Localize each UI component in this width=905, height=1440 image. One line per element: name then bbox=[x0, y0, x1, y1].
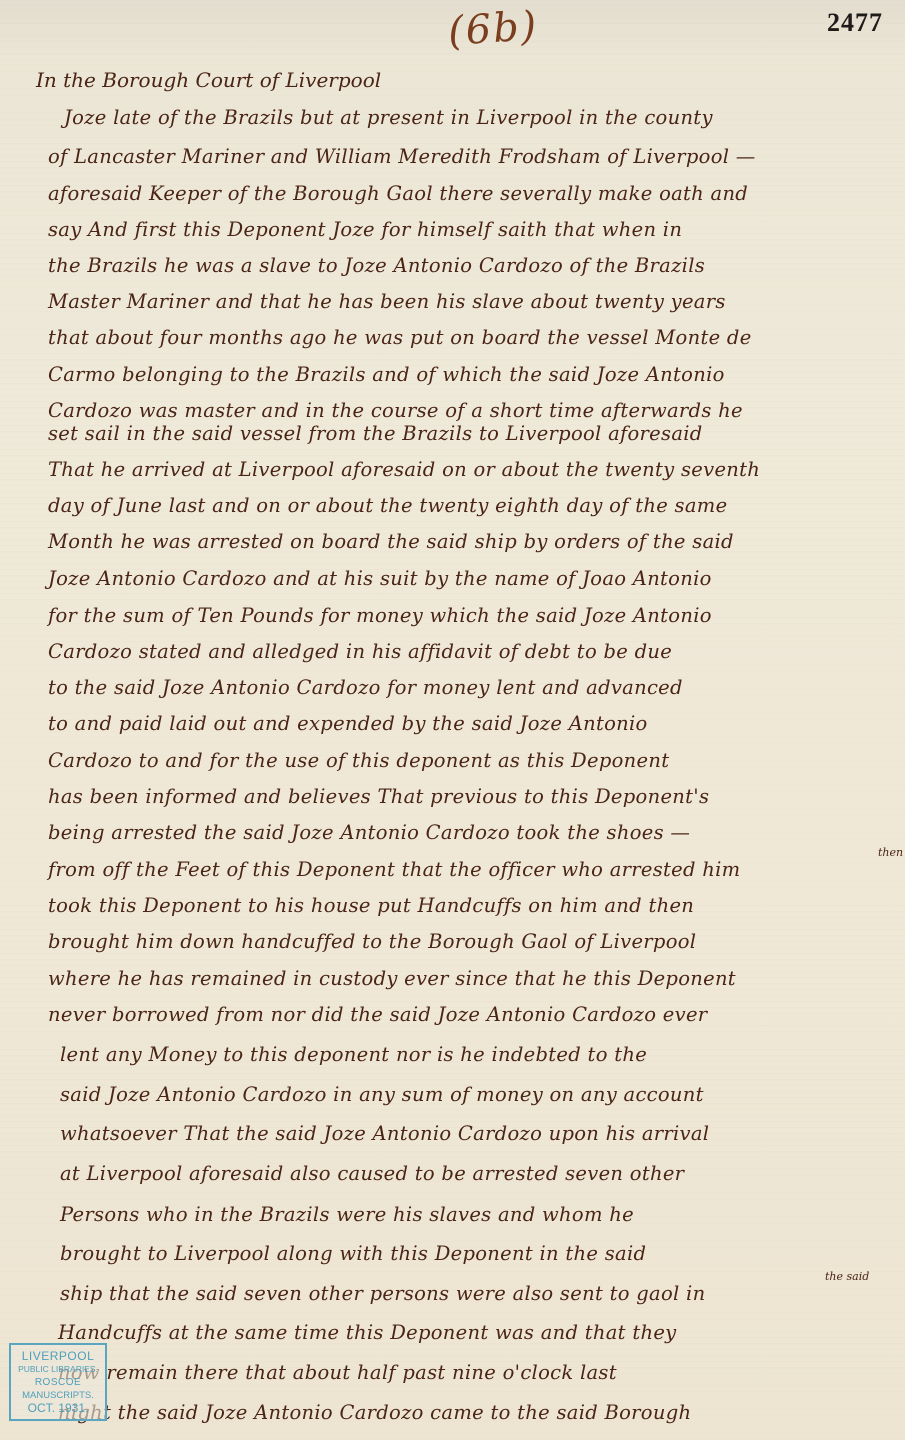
stamp-line: OCT. 1931. bbox=[11, 1402, 105, 1415]
manuscript-line: say And first this Deponent Joze for him… bbox=[48, 218, 891, 241]
manuscript-line: brought to Liverpool along with this Dep… bbox=[60, 1242, 891, 1265]
manuscript-line: Carmo belonging to the Brazils and of wh… bbox=[48, 363, 891, 386]
manuscript-line: Month he was arrested on board the said … bbox=[48, 530, 891, 553]
interlinear-note: then bbox=[878, 846, 903, 859]
reference-number: 2477 bbox=[827, 8, 883, 38]
manuscript-line: the Brazils he was a slave to Joze Anton… bbox=[48, 254, 891, 277]
manuscript-line: being arrested the said Joze Antonio Car… bbox=[48, 821, 891, 844]
manuscript-line: Joze Antonio Cardozo and at his suit by … bbox=[48, 567, 891, 590]
manuscript-line: Handcuffs at the same time this Deponent… bbox=[58, 1321, 891, 1344]
manuscript-line: set sail in the said vessel from the Bra… bbox=[48, 422, 891, 445]
manuscript-line: day of June last and on or about the twe… bbox=[48, 494, 891, 517]
manuscript-line: aforesaid Keeper of the Borough Gaol the… bbox=[48, 182, 891, 205]
stamp-line: MANUSCRIPTS. bbox=[11, 1389, 105, 1402]
manuscript-line: Cardozo to and for the use of this depon… bbox=[48, 749, 891, 772]
manuscript-line: Persons who in the Brazils were his slav… bbox=[60, 1203, 891, 1226]
manuscript-line: never borrowed from nor did the said Joz… bbox=[48, 1003, 891, 1026]
manuscript-line: Cardozo stated and alledged in his affid… bbox=[48, 640, 891, 663]
manuscript-line: to and paid laid out and expended by the… bbox=[48, 712, 891, 735]
folio-mark: (6b) bbox=[447, 3, 540, 55]
interlinear-note: the said bbox=[825, 1270, 869, 1283]
manuscript-page: (6b) 2477 In the Borough Court of Liverp… bbox=[0, 0, 905, 1440]
manuscript-line: from off the Feet of this Deponent that … bbox=[48, 858, 891, 881]
manuscript-line: Master Mariner and that he has been his … bbox=[48, 290, 891, 313]
manuscript-line: at Liverpool aforesaid also caused to be… bbox=[60, 1162, 891, 1185]
manuscript-line: That he arrived at Liverpool aforesaid o… bbox=[48, 458, 891, 481]
manuscript-line: Cardozo was master and in the course of … bbox=[48, 399, 891, 422]
manuscript-line: to the said Joze Antonio Cardozo for mon… bbox=[48, 676, 891, 699]
manuscript-line: of Lancaster Mariner and William Meredit… bbox=[48, 145, 891, 168]
manuscript-line: for the sum of Ten Pounds for money whic… bbox=[48, 604, 891, 627]
manuscript-line: that about four months ago he was put on… bbox=[48, 326, 891, 349]
manuscript-line: said Joze Antonio Cardozo in any sum of … bbox=[60, 1083, 891, 1106]
stamp-line: LIVERPOOL bbox=[11, 1350, 105, 1363]
stamp-line: PUBLIC LIBRARIES. bbox=[11, 1363, 105, 1376]
manuscript-line: now remain there that about half past ni… bbox=[58, 1361, 891, 1384]
manuscript-line: whatsoever That the said Joze Antonio Ca… bbox=[60, 1122, 891, 1145]
manuscript-line: took this Deponent to his house put Hand… bbox=[48, 894, 891, 917]
manuscript-line: night the said Joze Antonio Cardozo came… bbox=[58, 1401, 891, 1424]
manuscript-line: lent any Money to this deponent nor is h… bbox=[60, 1043, 891, 1066]
library-stamp: LIVERPOOL PUBLIC LIBRARIES. ROSCOE MANUS… bbox=[9, 1343, 107, 1421]
manuscript-line: ship that the said seven other persons w… bbox=[60, 1282, 891, 1305]
stamp-line: ROSCOE bbox=[11, 1376, 105, 1389]
manuscript-line: Joze late of the Brazils but at present … bbox=[64, 106, 891, 129]
document-heading: In the Borough Court of Liverpool bbox=[36, 68, 381, 92]
manuscript-line: has been informed and believes That prev… bbox=[48, 785, 891, 808]
manuscript-line: where he has remained in custody ever si… bbox=[48, 967, 891, 990]
manuscript-line: brought him down handcuffed to the Borou… bbox=[48, 930, 891, 953]
